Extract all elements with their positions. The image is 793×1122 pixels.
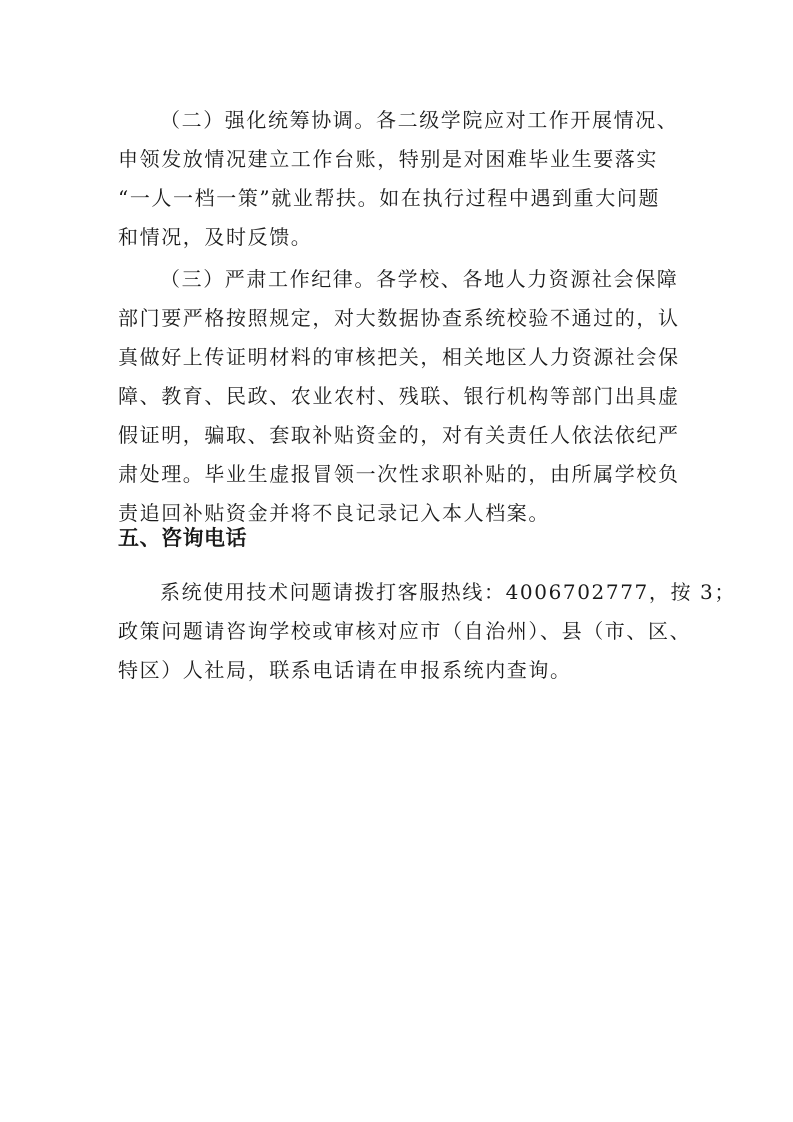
text-line: “一人一档一策”就业帮扶。如在执行过程中遇到重大问题 xyxy=(118,184,678,212)
text-line: 假证明，骗取、套取补贴资金的，对有关责任人依法依纪严 xyxy=(118,421,678,449)
text-line: （三）严肃工作纪律。各学校、各地人力资源社会保障 xyxy=(160,265,680,293)
text-line: 政策问题请咨询学校或审核对应市（自治州）、县（市、区、 xyxy=(118,617,678,645)
text-line: 系统使用技术问题请拨打客服热线：4006702777，按 3； xyxy=(160,578,680,606)
text-line: 肃处理。毕业生虚报冒领一次性求职补贴的，由所属学校负 xyxy=(118,460,678,488)
text-line: 部门要严格按照规定，对大数据协查系统校验不通过的，认 xyxy=(118,304,678,332)
text-line: （二）强化统筹协调。各二级学院应对工作开展情况、 xyxy=(160,106,680,134)
text-line: 特区）人社局，联系电话请在申报系统内查询。 xyxy=(118,656,678,684)
section-heading-consultation: 五、咨询电话 xyxy=(118,524,247,552)
text-line: 申领发放情况建立工作台账，特别是对困难毕业生要落实 xyxy=(118,145,678,173)
text-line: 真做好上传证明材料的审核把关，相关地区人力资源社会保 xyxy=(118,343,678,371)
text-line: 责追回补贴资金并将不良记录记入本人档案。 xyxy=(118,499,678,527)
document-page: （二）强化统筹协调。各二级学院应对工作开展情况、 申领发放情况建立工作台账，特别… xyxy=(0,0,793,1122)
text-line: 和情况，及时反馈。 xyxy=(118,223,678,251)
text-line: 障、教育、民政、农业农村、残联、银行机构等部门出具虚 xyxy=(118,382,678,410)
